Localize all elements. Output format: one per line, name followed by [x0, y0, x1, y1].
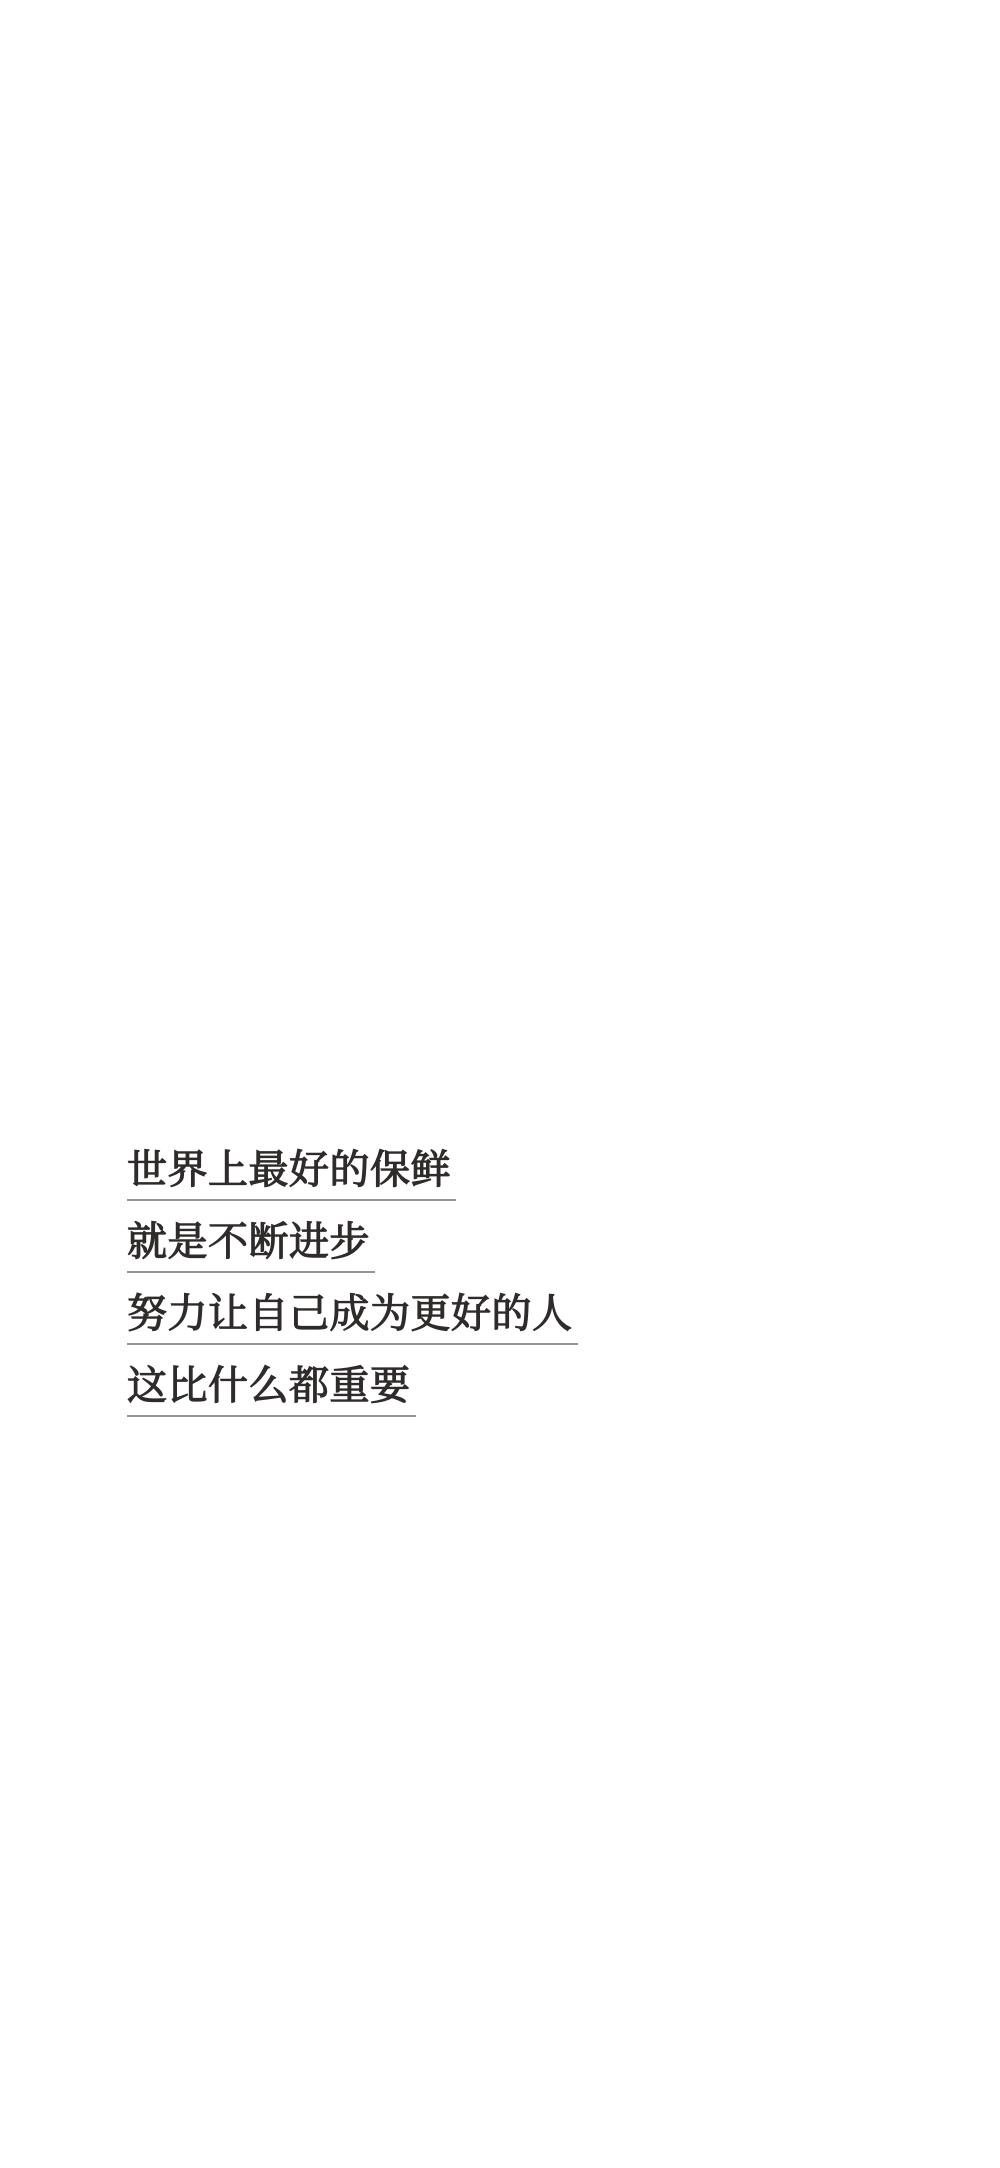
quote-line-1: 世界上最好的保鲜: [127, 1147, 578, 1219]
quote-line-3-text: 努力让自己成为更好的人: [127, 1291, 578, 1345]
quote-line-4: 这比什么都重要: [127, 1363, 578, 1435]
quote-line-3: 努力让自己成为更好的人: [127, 1291, 578, 1363]
quote-line-2-text: 就是不断进步: [127, 1219, 375, 1273]
quote-line-4-text: 这比什么都重要: [127, 1363, 416, 1417]
quote-line-2: 就是不断进步: [127, 1219, 578, 1291]
quote-line-1-text: 世界上最好的保鲜: [127, 1147, 456, 1201]
quote-block: 世界上最好的保鲜 就是不断进步 努力让自己成为更好的人 这比什么都重要: [127, 1147, 578, 1435]
quote-card-page: 世界上最好的保鲜 就是不断进步 努力让自己成为更好的人 这比什么都重要: [0, 0, 1000, 2168]
